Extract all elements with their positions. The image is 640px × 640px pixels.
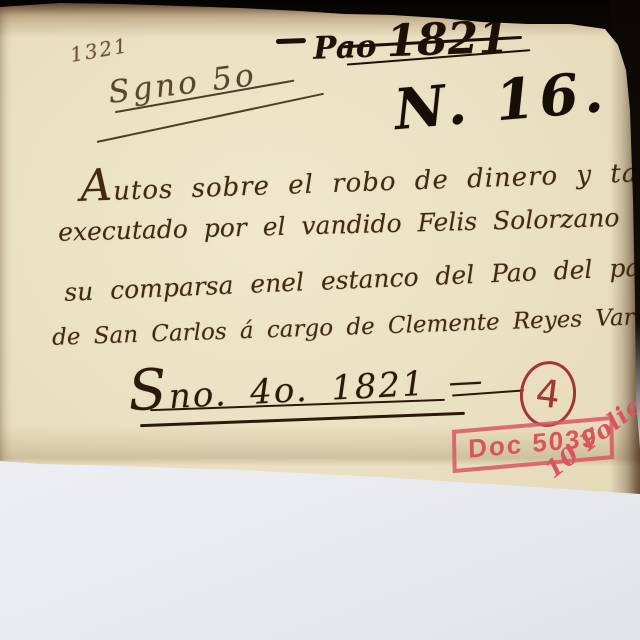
photo-of-manuscript: 1321 Sgno 5o Pao 1821 N. 16. Autos sobre… bbox=[0, 0, 640, 640]
archival-corner-number: 1321 bbox=[68, 33, 130, 67]
dateline-seal-year: Sno. 4o. 1821 — bbox=[127, 341, 486, 425]
crossed-out-inscription: Sgno 5o bbox=[106, 57, 258, 111]
manuscript-paper: 1321 Sgno 5o Pao 1821 N. 16. Autos sobre… bbox=[0, 0, 640, 640]
pen-stroke bbox=[276, 38, 306, 44]
manuscript-line-1: Autos sobre el robo de dinero y tabaco bbox=[79, 139, 640, 212]
manuscript-line-3: su comparsa enel estanco del Pao del par… bbox=[64, 250, 640, 307]
circled-number: 4 bbox=[533, 371, 562, 418]
manuscript-line-4: de San Carlos á cargo de Clemente Reyes … bbox=[52, 303, 640, 351]
document-number-heading: N. 16. bbox=[392, 59, 611, 143]
crossed-out-text: Sgno 5o bbox=[106, 57, 258, 111]
